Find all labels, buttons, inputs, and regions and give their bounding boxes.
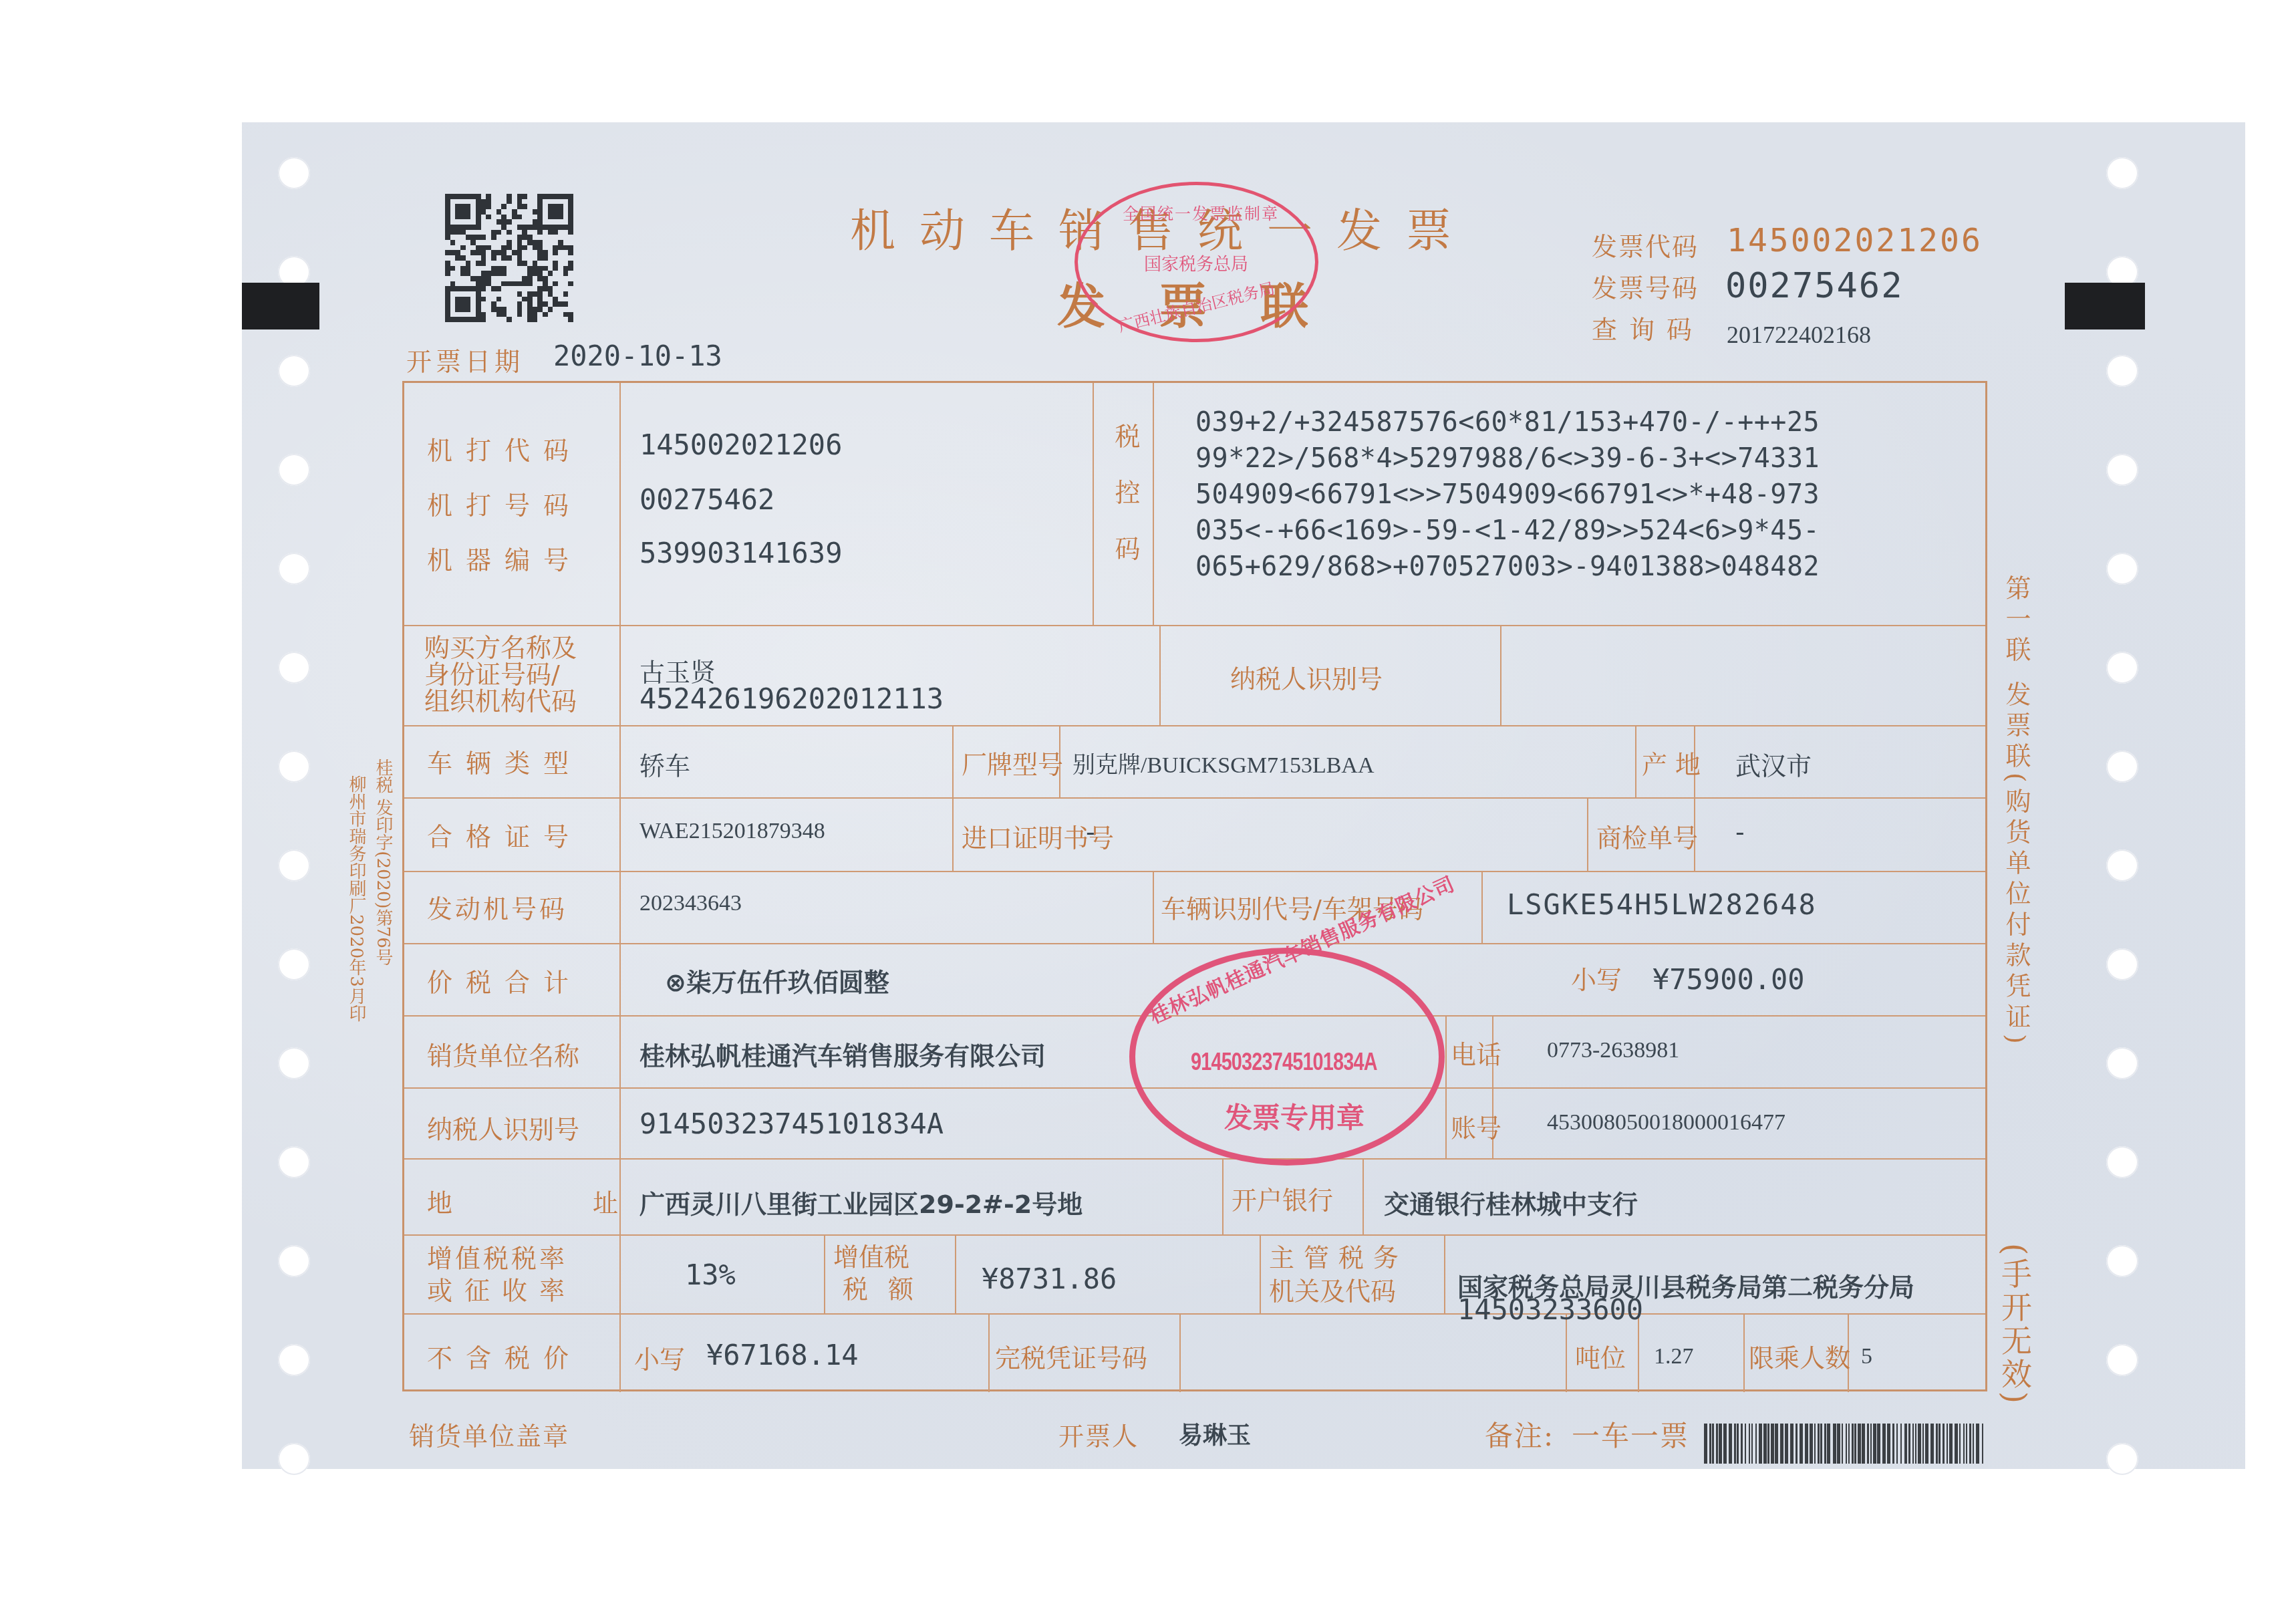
barcode-icon: [1704, 1424, 1985, 1464]
tax-rate: 13%: [685, 1258, 736, 1291]
tonnage: 1.27: [1654, 1344, 1694, 1369]
buyer-taxpayer-id-label: 纳税人识别号: [1230, 658, 1383, 695]
vehicle-type-label: 车辆类型: [427, 743, 582, 779]
tax-amount-label: 增值税 税额: [833, 1241, 934, 1305]
query-code: 201722402168: [1727, 321, 1871, 349]
buyer-id-number: 452426196202012113: [639, 682, 944, 715]
seller-stamp-tax-id: 91450323745101834A: [1191, 1048, 1377, 1076]
issuer-label: 开票人: [1058, 1416, 1139, 1452]
supervision-stamp-top: 全国统一发票监制章: [1123, 200, 1279, 224]
tonnage-label: 吨位: [1575, 1337, 1626, 1374]
brand-model-label: 厂牌型号: [962, 744, 1063, 781]
tax-control-line: 504909<66791<>>7504909<66791<>*+48-973: [1195, 477, 1820, 513]
total-lowercase: ¥75900.00: [1653, 963, 1805, 996]
tax-control-line: 035<-+66<169>-59-<1-42/89>>524<6>9*45-: [1195, 513, 1820, 549]
vin: LSGKE54H5LW282648: [1507, 888, 1817, 921]
invoice-table: 机打代码 机打号码 机器编号 145002021206 00275462 539…: [402, 381, 1987, 1391]
invoice-code: 145002021206: [1727, 222, 1983, 259]
origin-label: 产地: [1642, 744, 1709, 781]
tax-control-line: 99*22>/568*4>5297988/6<>39-6-3+<>74331: [1195, 440, 1820, 477]
machine-number: 00275462: [639, 483, 774, 516]
seller-account: 453008050018000016477: [1547, 1110, 1785, 1135]
account-label: 账号: [1451, 1107, 1501, 1144]
qr-code-icon: [445, 194, 573, 322]
machine-code: 145002021206: [639, 428, 842, 461]
price-excl-tax-label: 不含税价: [427, 1337, 582, 1374]
tax-authority-code: 14503233600: [1457, 1293, 1643, 1326]
seller-name-label: 销货单位名称: [427, 1035, 579, 1072]
total-uppercase: ⊗柒万伍仟玖佰圆整: [665, 962, 889, 998]
seat-limit: 5: [1861, 1344, 1872, 1369]
issue-date: 2020-10-13: [553, 340, 722, 372]
buyer-label: 购买方名称及 身份证号码/ 组织机构代码: [424, 634, 577, 714]
inspection-number: -: [1735, 817, 1745, 847]
remark-value: 一车一票: [1572, 1414, 1689, 1454]
issuer-name: 易琳玉: [1179, 1417, 1251, 1451]
tax-rate-label: 增值税税率 或征收率: [427, 1242, 577, 1307]
device-number: 539903141639: [639, 537, 842, 569]
tax-control-code: 039+2/+324587576<60*81/153+470-/-+++2599…: [1195, 404, 1820, 585]
inspection-label: 商检单号: [1596, 817, 1698, 854]
remark-label: 备注:: [1485, 1414, 1554, 1454]
invoice-code-label: 发票代码: [1592, 226, 1699, 263]
price-lowercase-label: 小写: [634, 1339, 685, 1375]
issue-date-label: 开票日期: [406, 341, 524, 378]
seller-taxpayer-id-label: 纳税人识别号: [427, 1109, 579, 1146]
machine-number-label: 机打号码: [427, 485, 582, 521]
alignment-marker-right: [2065, 283, 2145, 329]
alignment-marker-left: [242, 283, 319, 329]
tax-amount: ¥8731.86: [982, 1262, 1117, 1295]
price-excl-tax: ¥67168.14: [706, 1339, 859, 1371]
total-lowercase-label: 小写: [1571, 959, 1622, 996]
seller-name: 桂林弘帆桂通汽车销售服务有限公司: [639, 1035, 1046, 1072]
brand-model: 别克牌/BUICKSGM7153LBAA: [1072, 747, 1374, 779]
supervision-stamp-middle: 国家税务总局: [1144, 251, 1248, 275]
bank-label: 开户银行: [1232, 1180, 1333, 1216]
seller-address: 广西灵川八里街工业园区29-2#-2号地: [639, 1184, 1083, 1220]
tax-voucher-label: 完税凭证号码: [995, 1337, 1147, 1374]
seller-bank: 交通银行桂林城中支行: [1384, 1184, 1638, 1220]
machine-code-label: 机打代码: [427, 430, 582, 466]
engine-number-label: 发动机号码: [427, 888, 567, 925]
engine-number: 202343643: [639, 891, 742, 916]
phone-label: 电话: [1451, 1034, 1501, 1071]
tax-control-line: 039+2/+324587576<60*81/153+470-/-+++25: [1195, 404, 1820, 440]
tax-control-line: 065+629/868>+070527003>-9401388>048482: [1195, 549, 1820, 585]
vehicle-type: 轿车: [639, 745, 690, 782]
invoice-number: 00275462: [1725, 266, 1903, 306]
invoice-number-label: 发票号码: [1592, 267, 1699, 304]
device-number-label: 机器编号: [427, 539, 582, 576]
copy-designation-note: 第一联 发票联(购货单位付款凭证): [1998, 575, 2035, 1049]
certificate-number: WAE215201879348: [639, 819, 825, 844]
seller-taxpayer-id: 91450323745101834A: [639, 1107, 944, 1140]
handwritten-invalid-note: (手开无效): [1993, 1243, 2037, 1406]
seat-limit-label: 限乘人数: [1749, 1337, 1850, 1374]
print-license-note: 桂税 发印字(2020)第76号: [371, 759, 396, 966]
certificate-label: 合格证号: [427, 816, 582, 853]
seller-phone: 0773-2638981: [1547, 1038, 1679, 1063]
tax-control-label: 税控码: [1107, 423, 1144, 591]
seller-stamp-caption: 发票专用章: [1224, 1096, 1365, 1136]
seller-seal-label: 销货单位盖章: [409, 1416, 569, 1452]
tax-authority-label: 主管税务 机关及代码: [1269, 1241, 1408, 1308]
import-certificate-number: -: [1086, 817, 1095, 847]
total-label: 价税合计: [427, 962, 582, 998]
printer-note: 柳州市瑞务印刷厂2020年3月印: [344, 775, 369, 1022]
query-code-label: 查询码: [1592, 309, 1704, 346]
origin: 武汉市: [1735, 745, 1812, 782]
